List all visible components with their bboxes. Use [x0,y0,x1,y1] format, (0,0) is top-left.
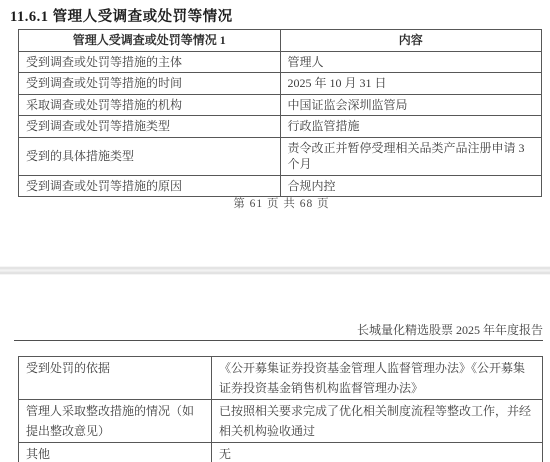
page-break-separator [0,266,550,275]
rectification-info-table: 受到处罚的依据 《公开募集证券投资基金管理人监督管理办法》《公开募集证券投资基金… [18,356,543,462]
table-row: 受到调查或处罚等措施类型 行政监管措施 [19,116,542,138]
row-value: 已按照相关要求完成了优化相关制度流程等整改工作，并经相关机构验收通过 [212,400,543,443]
row-label: 受到处罚的依据 [19,357,212,400]
row-value: 无 [212,443,543,462]
row-label: 管理人采取整改措施的情况（如提出整改意见） [19,400,212,443]
row-value: 中国证监会深圳监管局 [280,94,542,116]
document-page-view: 11.6.1 管理人受调查或处罚等情况 管理人受调查或处罚等情况 1 内容 受到… [0,0,550,462]
row-label: 采取调查或处罚等措施的机构 [19,94,281,116]
table-header-row: 管理人受调查或处罚等情况 1 内容 [19,30,542,52]
row-value: 合规内控 [280,175,542,197]
row-value: 《公开募集证券投资基金管理人监督管理办法》《公开募集证券投资基金销售机构监督管理… [212,357,543,400]
table-row: 受到调查或处罚等措施的主体 管理人 [19,51,542,73]
row-label: 受到调查或处罚等措施的原因 [19,175,281,197]
table-row: 采取调查或处罚等措施的机构 中国证监会深圳监管局 [19,94,542,116]
table-row: 受到处罚的依据 《公开募集证券投资基金管理人监督管理办法》《公开募集证券投资基金… [19,357,543,400]
row-label: 受到的具体措施类型 [19,137,281,175]
running-header-report-title: 长城量化精选股票 2025 年年度报告 [0,321,543,338]
row-value: 管理人 [280,51,542,73]
section-heading: 11.6.1 管理人受调查或处罚等情况 [10,5,233,26]
table-header-content: 内容 [280,30,542,52]
row-value: 行政监管措施 [280,116,542,138]
row-label: 受到调查或处罚等措施类型 [19,116,281,138]
row-value: 责令改正并暂停受理相关品类产品注册申请 3 个月 [280,137,542,175]
row-label: 其他 [19,443,212,462]
table-row: 受到的具体措施类型 责令改正并暂停受理相关品类产品注册申请 3 个月 [19,137,542,175]
header-rule-line [14,340,543,341]
row-label: 受到调查或处罚等措施的时间 [19,73,281,95]
table-row: 其他 无 [19,443,543,462]
row-label: 受到调查或处罚等措施的主体 [19,51,281,73]
row-value: 2025 年 10 月 31 日 [280,73,542,95]
table-row: 管理人采取整改措施的情况（如提出整改意见） 已按照相关要求完成了优化相关制度流程… [19,400,543,443]
penalty-info-table: 管理人受调查或处罚等情况 1 内容 受到调查或处罚等措施的主体 管理人 受到调查… [18,29,542,197]
table-header-label: 管理人受调查或处罚等情况 1 [19,30,281,52]
table-row: 受到调查或处罚等措施的原因 合规内控 [19,175,542,197]
table-row: 受到调查或处罚等措施的时间 2025 年 10 月 31 日 [19,73,542,95]
page-number-footer: 第 61 页 共 68 页 [0,195,550,211]
